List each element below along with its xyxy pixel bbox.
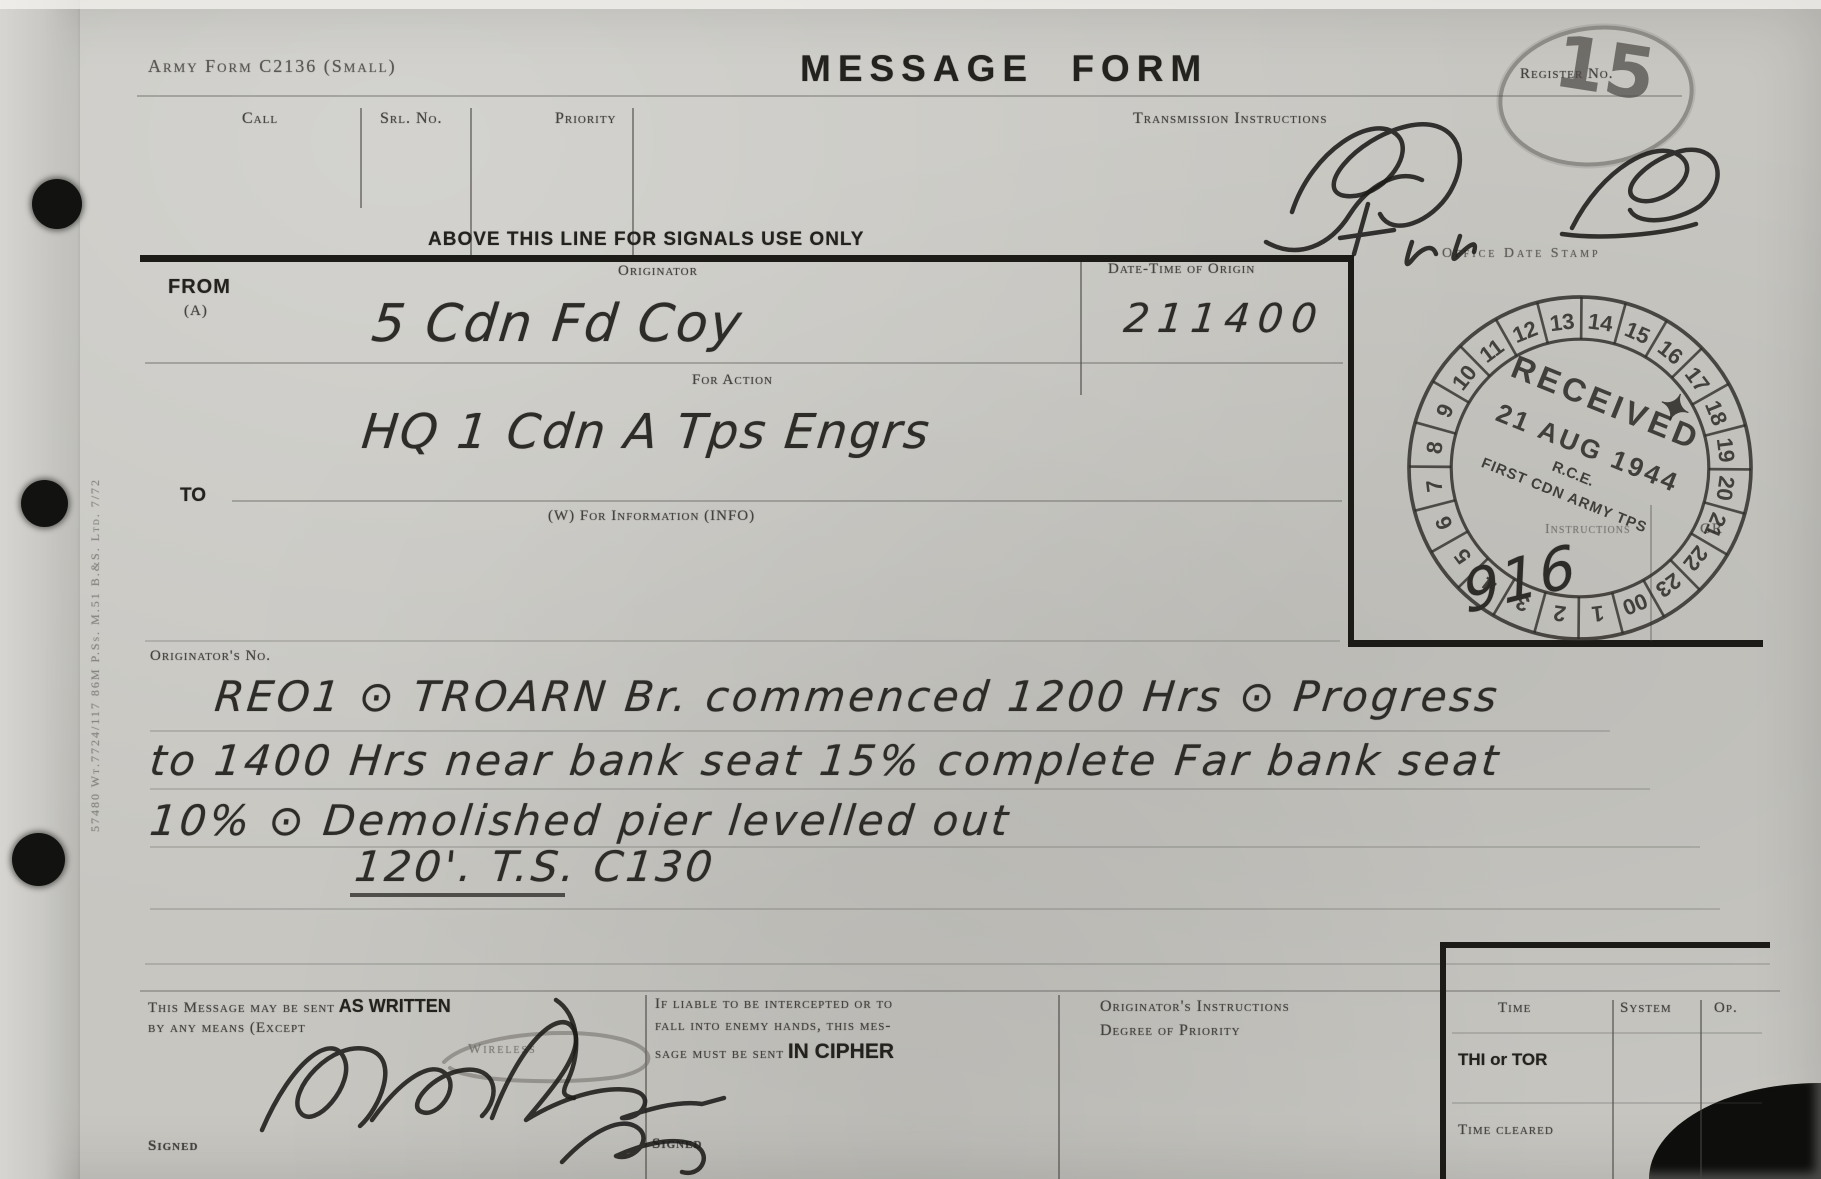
svg-text:20: 20 [1711,474,1739,502]
message-line: REO1 ⊙ TROARN Br. commenced 1200 Hrs ⊙ P… [212,672,1502,721]
message-line: 120'. T.S. C130 [352,842,717,891]
originator-label: Originator [618,263,698,280]
from-sub-label: (A) [184,303,208,320]
svg-text:00: 00 [1619,588,1651,620]
svg-text:9: 9 [1431,400,1459,421]
punch-hole [21,480,68,527]
svg-text:13: 13 [1548,308,1576,336]
ruled-line [150,846,1700,848]
from-label: FROM [168,276,231,299]
for-action-label: For Action [692,372,773,389]
svg-text:14: 14 [1586,309,1615,337]
ruled-line [150,730,1610,732]
ink-scribble-signature [0,0,1821,300]
date-time-of-origin-label: Date-Time of Origin [1108,261,1255,278]
svg-text:21: 21 [1699,509,1732,541]
ruled-line [150,788,1650,790]
margin-print-code: 57480 Wt.7724/117 86M P.Ss. M.51 B.&S. L… [88,272,103,832]
message-line: 10% ⊙ Demolished pier levelled out [147,796,1013,845]
for-action-value: HQ 1 Cdn A Tps Engrs [359,404,934,460]
date-time-of-origin-value: 211400 [1122,296,1328,342]
punch-hole [12,833,65,886]
received-date-stamp: 121314151617181920212223001234567891011 … [1390,278,1770,658]
message-rule [145,640,1340,642]
message-line: to 1400 Hrs near bank seat 15% complete … [147,736,1503,785]
svg-text:12: 12 [1509,316,1541,348]
approval-signature-ink [0,900,1821,1179]
for-information-label: (W) For Information (INFO) [548,508,755,525]
originator-value: 5 Cdn Fd Coy [369,294,746,354]
svg-text:15: 15 [1621,317,1653,350]
dtg-box-divider [1080,262,1082,395]
to-label: TO [180,485,206,507]
stamp-box-left-border [1348,255,1354,647]
to-row-rule [232,500,1342,502]
originators-no-label: Originator's No. [150,648,271,665]
message-form-scan: 57480 Wt.7724/117 86M P.Ss. M.51 B.&S. L… [0,0,1821,1179]
svg-text:7: 7 [1421,478,1447,493]
originator-row-rule [145,362,1343,364]
svg-text:1: 1 [1590,601,1605,627]
svg-text:6: 6 [1430,513,1458,534]
svg-text:19: 19 [1712,436,1740,464]
message-underline-mark [350,893,565,897]
svg-text:8: 8 [1421,440,1447,456]
